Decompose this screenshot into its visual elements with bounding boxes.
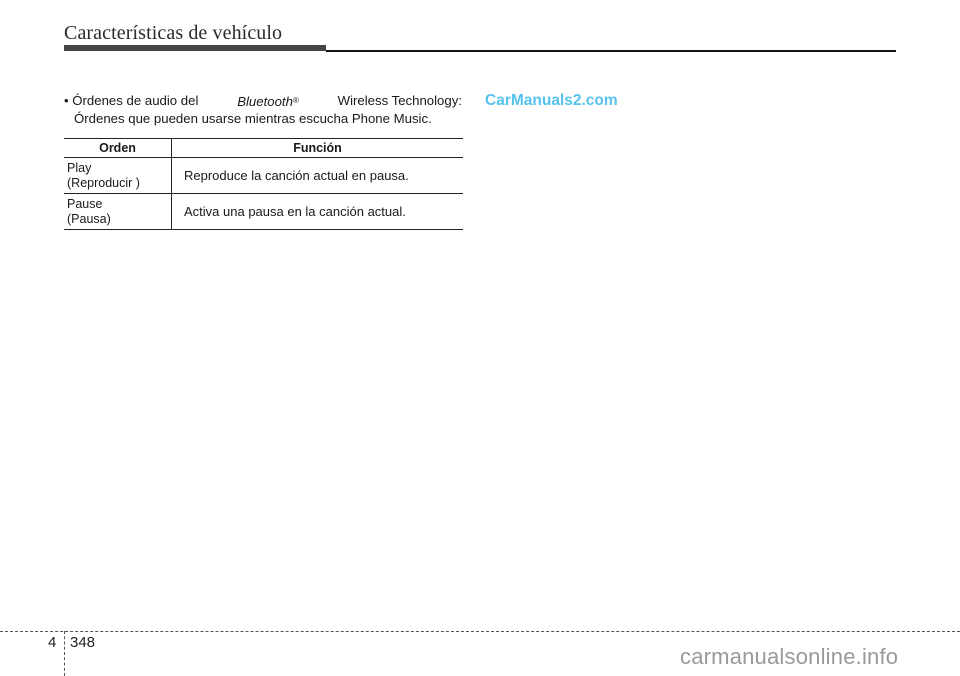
- command-cell: Pause (Pausa): [64, 194, 172, 230]
- function-cell: Reproduce la canción actual en pausa.: [172, 158, 464, 194]
- header-command: Orden: [64, 139, 172, 158]
- footer-divider: [64, 631, 65, 676]
- footer-rule: [0, 631, 960, 632]
- function-cell: Activa una pausa en la canción actual.: [172, 194, 464, 230]
- watermark-link-carmanuals2[interactable]: CarManuals2.com: [485, 92, 618, 110]
- page-number: 348: [70, 634, 95, 651]
- chapter-number: 4: [48, 634, 56, 651]
- intro-prefix: • Órdenes de audio del: [64, 92, 198, 110]
- command-cell: Play (Reproducir ): [64, 158, 172, 194]
- watermark-carmanualsonline: carmanualsonline.info: [680, 644, 898, 670]
- intro-line2: Órdenes que pueden usarse mientras escuc…: [64, 110, 462, 127]
- intro-brand: Bluetooth®: [237, 92, 299, 110]
- table-row: Play (Reproducir ) Reproduce la canción …: [64, 158, 463, 194]
- header-accent-bar: [64, 45, 326, 51]
- header-function: Función: [172, 139, 464, 158]
- audio-commands-table: Orden Función Play (Reproducir ) Reprodu…: [64, 138, 463, 230]
- intro-suffix: Wireless Technology:: [338, 92, 462, 110]
- header-rule: [326, 50, 896, 52]
- section-title: Características de vehículo: [64, 22, 282, 45]
- table-row: Pause (Pausa) Activa una pausa en la can…: [64, 194, 463, 230]
- bluetooth-audio-commands-intro: • Órdenes de audio del Bluetooth® Wirele…: [64, 92, 462, 127]
